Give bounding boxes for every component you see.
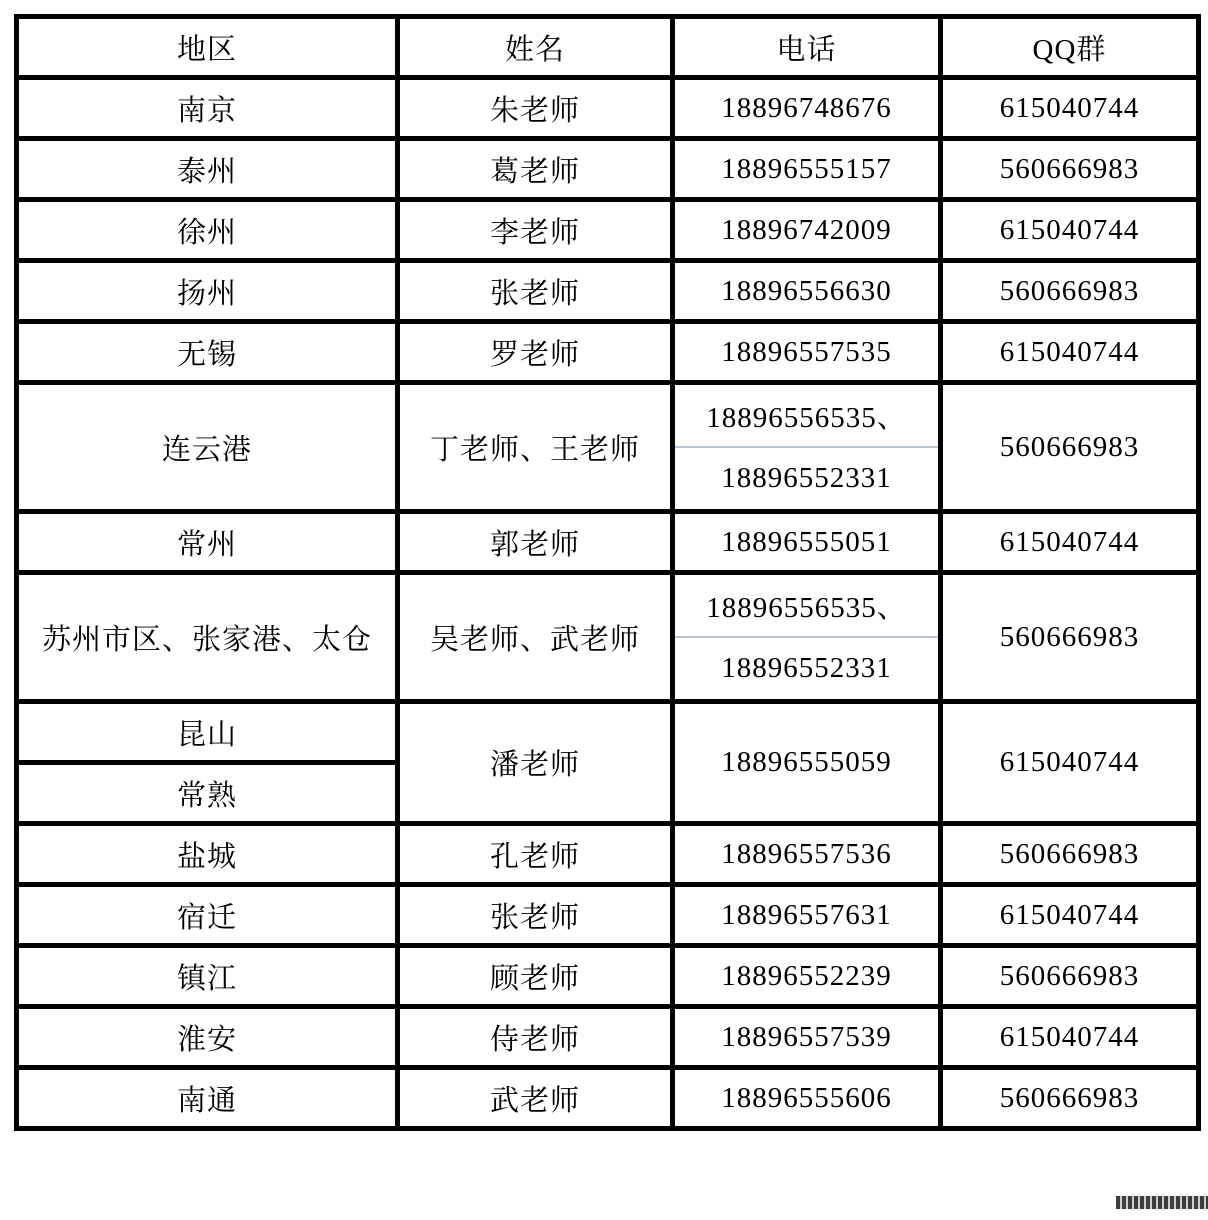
phone-cell: 18896557631: [673, 885, 941, 946]
phone-cell: 18896748676: [673, 78, 941, 139]
table-row: 苏州市区、张家港、太仓 吴老师、武老师 18896556535、 1889655…: [17, 573, 1199, 702]
header-phone: 电话: [673, 17, 941, 78]
name-cell: 侍老师: [398, 1007, 673, 1068]
table-row: 徐州 李老师 18896742009 615040744: [17, 200, 1199, 261]
qq-cell: 560666983: [941, 261, 1199, 322]
phone-line-1: 18896556535、: [675, 385, 938, 446]
qq-cell: 615040744: [941, 322, 1199, 383]
qq-cell: 560666983: [941, 1068, 1199, 1129]
region-cell: 扬州: [17, 261, 398, 322]
region-cell: 宿迁: [17, 885, 398, 946]
phone-cell: 18896556535、 18896552331: [673, 383, 941, 512]
phone-cell: 18896555059: [673, 702, 941, 824]
phone-cell: 18896555157: [673, 139, 941, 200]
table-row: 泰州 葛老师 18896555157 560666983: [17, 139, 1199, 200]
name-cell: 郭老师: [398, 512, 673, 573]
region-cell: 苏州市区、张家港、太仓: [17, 573, 398, 702]
table-row: 昆山 潘老师 18896555059 615040744: [17, 702, 1199, 763]
name-cell: 李老师: [398, 200, 673, 261]
qq-cell: 615040744: [941, 885, 1199, 946]
qq-cell: 560666983: [941, 383, 1199, 512]
table-row: 常州 郭老师 18896555051 615040744: [17, 512, 1199, 573]
phone-cell: 18896557536: [673, 824, 941, 885]
header-region: 地区: [17, 17, 398, 78]
name-cell: 丁老师、王老师: [398, 383, 673, 512]
phone-cell: 18896555051: [673, 512, 941, 573]
region-cell: 徐州: [17, 200, 398, 261]
watermark: [1116, 1196, 1208, 1209]
table-row: 南通 武老师 18896555606 560666983: [17, 1068, 1199, 1129]
name-cell: 潘老师: [398, 702, 673, 824]
table-row: 盐城 孔老师 18896557536 560666983: [17, 824, 1199, 885]
qq-cell: 560666983: [941, 573, 1199, 702]
qq-cell: 615040744: [941, 512, 1199, 573]
qq-cell: 560666983: [941, 139, 1199, 200]
region-cell: 昆山: [17, 702, 398, 763]
qq-cell: 615040744: [941, 78, 1199, 139]
phone-cell: 18896742009: [673, 200, 941, 261]
name-cell: 张老师: [398, 885, 673, 946]
name-cell: 葛老师: [398, 139, 673, 200]
qq-cell: 615040744: [941, 702, 1199, 824]
phone-cell: 18896556535、 18896552331: [673, 573, 941, 702]
table-row: 连云港 丁老师、王老师 18896556535、 18896552331 560…: [17, 383, 1199, 512]
table-row: 扬州 张老师 18896556630 560666983: [17, 261, 1199, 322]
header-name: 姓名: [398, 17, 673, 78]
contact-table-container: 地区 姓名 电话 QQ群 南京 朱老师 18896748676 61504074…: [14, 14, 1201, 1131]
contact-table: 地区 姓名 电话 QQ群 南京 朱老师 18896748676 61504074…: [14, 14, 1201, 1131]
qq-cell: 560666983: [941, 824, 1199, 885]
region-cell: 盐城: [17, 824, 398, 885]
phone-cell: 18896557535: [673, 322, 941, 383]
name-cell: 顾老师: [398, 946, 673, 1007]
table-row: 淮安 侍老师 18896557539 615040744: [17, 1007, 1199, 1068]
table-row: 镇江 顾老师 18896552239 560666983: [17, 946, 1199, 1007]
region-cell: 南京: [17, 78, 398, 139]
region-cell: 常州: [17, 512, 398, 573]
name-cell: 孔老师: [398, 824, 673, 885]
table-row: 南京 朱老师 18896748676 615040744: [17, 78, 1199, 139]
qq-cell: 615040744: [941, 1007, 1199, 1068]
region-cell: 常熟: [17, 763, 398, 824]
header-row: 地区 姓名 电话 QQ群: [17, 17, 1199, 78]
region-cell: 南通: [17, 1068, 398, 1129]
region-cell: 淮安: [17, 1007, 398, 1068]
header-qq: QQ群: [941, 17, 1199, 78]
qq-cell: 615040744: [941, 200, 1199, 261]
region-cell: 无锡: [17, 322, 398, 383]
phone-cell: 18896556630: [673, 261, 941, 322]
name-cell: 张老师: [398, 261, 673, 322]
phone-line-2: 18896552331: [675, 448, 938, 509]
table-row: 宿迁 张老师 18896557631 615040744: [17, 885, 1199, 946]
phone-cell: 18896555606: [673, 1068, 941, 1129]
name-cell: 朱老师: [398, 78, 673, 139]
name-cell: 罗老师: [398, 322, 673, 383]
region-cell: 镇江: [17, 946, 398, 1007]
table-row: 无锡 罗老师 18896557535 615040744: [17, 322, 1199, 383]
name-cell: 武老师: [398, 1068, 673, 1129]
region-cell: 泰州: [17, 139, 398, 200]
phone-cell: 18896552239: [673, 946, 941, 1007]
phone-line-1: 18896556535、: [675, 575, 938, 636]
phone-line-2: 18896552331: [675, 638, 938, 699]
region-cell: 连云港: [17, 383, 398, 512]
phone-cell: 18896557539: [673, 1007, 941, 1068]
name-cell: 吴老师、武老师: [398, 573, 673, 702]
qq-cell: 560666983: [941, 946, 1199, 1007]
